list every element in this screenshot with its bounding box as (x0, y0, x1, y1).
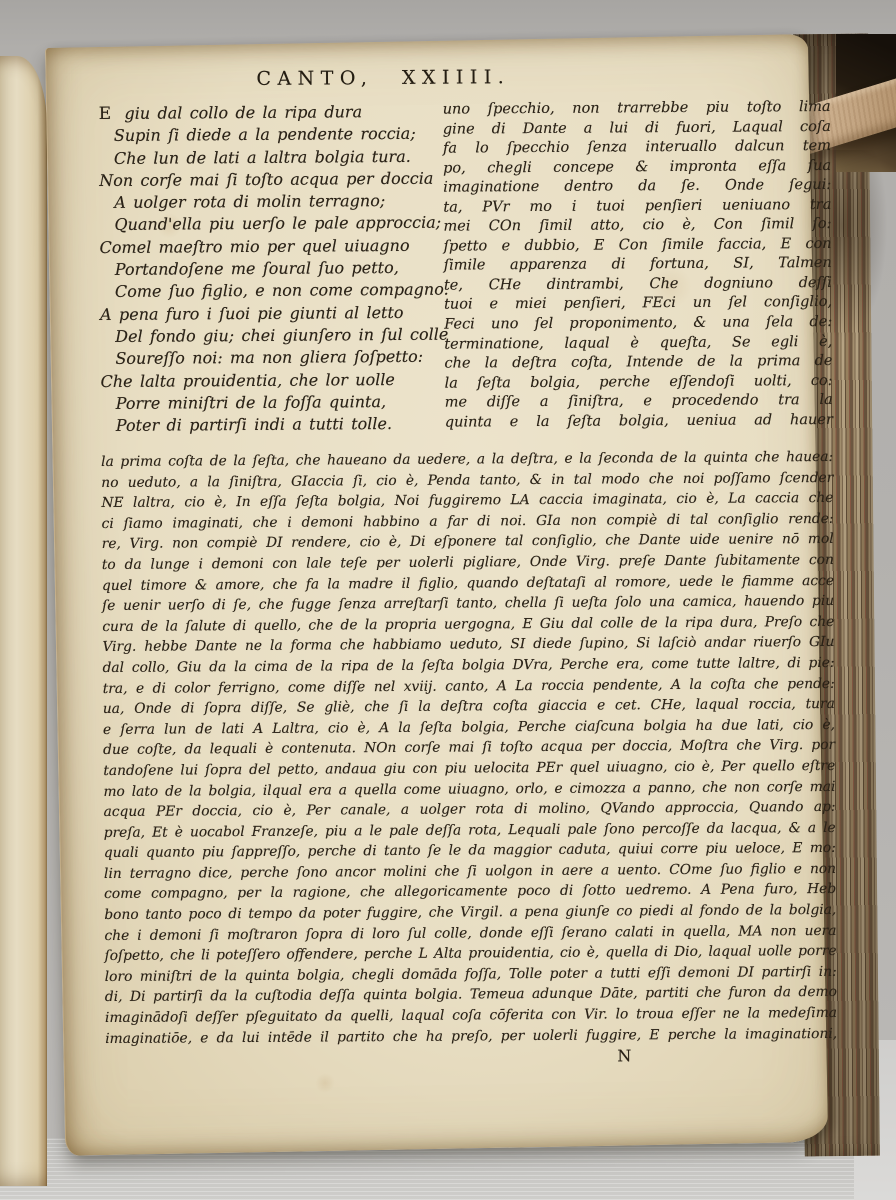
commentary-line: ſpetto e dubbio, E Con ſimile faccia, E … (444, 235, 832, 257)
verse-line: Del fondo giu; chei giunſero in ſul coll… (100, 324, 440, 349)
verse-line: Porre miniſtri de la foſſa quinta, (101, 391, 441, 416)
verse-line: A pena furo i ſuoi pie giunti al letto (100, 301, 440, 326)
commentary-line: ta, PVr mo i tuoi penſieri ueniuano tra (443, 196, 831, 218)
verse-line: Non corſe mai ſi toſto acqua per doccia (99, 168, 439, 193)
commentary-line: la ſeſta bolgia, perche eſſendoſi uolti,… (445, 372, 833, 394)
verse-line: Che lun de lati a laltra bolgia tura. (99, 145, 439, 170)
two-column-area: E giu dal collo de la ripa duraSupin ſi … (99, 98, 833, 443)
commentary-full-width: la prima coſta de la ſeſta, che haueano … (101, 447, 837, 1049)
commentary-line: gine di Dante a lui di fuori, Laqual coſ… (443, 117, 831, 139)
signature-mark: N (105, 1045, 837, 1069)
verse-line: Comel maeſtro mio per quel uiuagno (100, 234, 440, 259)
commentary-line: ſimile apparenza di fortuna, SI, Talmen (444, 254, 832, 276)
book-photograph: CANTO, XXIIII. E giu dal collo de la rip… (0, 0, 896, 1200)
printed-text-block: CANTO, XXIIII. E giu dal collo de la rip… (98, 64, 837, 1069)
commentary-line: te, CHe dintrambi, Che dogniuno deſſi (444, 274, 832, 296)
commentary-column: uno ſpecchio, non trarrebbe piu toſto li… (443, 98, 833, 441)
verse-line: A uolger rota di molin terragno; (99, 190, 439, 215)
commentary-line: che la deſtra coſta, Intende de la prima… (444, 352, 832, 374)
verse-column: E giu dal collo de la ripa duraSupin ſi … (99, 101, 441, 443)
commentary-line: quinta e la ſeſta bolgia, ueniua ad haue… (445, 411, 833, 433)
verse-line: Soureſſo noi: ma non gliera ſoſpetto: (100, 346, 440, 371)
verse-line: E giu dal collo de la ripa dura (99, 101, 439, 126)
commentary-line: uno ſpecchio, non trarrebbe piu toſto li… (443, 98, 831, 120)
verse-line: Portandoſene me ſoural ſuo petto, (100, 257, 440, 282)
commentary-line: terminatione, laqual è queſta, Se egli è… (444, 332, 832, 354)
verse-line: Come ſuo figlio, e non come compagno. (100, 279, 440, 304)
verse-line: Che lalta prouidentia, che lor uolle (100, 368, 440, 393)
verse-line: Poter di partirſi indi a tutti tolle. (101, 413, 441, 438)
commentary-line: po, chegli concepe & impronta eſſa ſua (443, 157, 831, 179)
running-title: CANTO, XXIIII. (98, 64, 830, 103)
verse-line: Quand'ella piu uerſo le pale approccia; (99, 212, 439, 237)
commentary-line: imaginatione dentro da ſe. Onde ſegui: (443, 176, 831, 198)
commentary-line: Feci uno ſel proponimento, & una ſela de… (444, 313, 832, 335)
commentary-line: mei COn ſimil atto, cio è, Con ſimil ſo: (443, 215, 831, 237)
commentary-line: me diſſe a ſiniſtra, e procedendo tra la (445, 391, 833, 413)
verse-line: Supin ſi diede a la pendente roccia; (99, 123, 439, 148)
commentary-line: fa lo ſpecchio ſenza interuallo dalcun t… (443, 137, 831, 159)
book-page: CANTO, XXIIII. E giu dal collo de la rip… (45, 34, 828, 1156)
facing-page-edge (0, 56, 47, 1186)
commentary-line: tuoi e miei penſieri, FEci un ſel conſig… (444, 293, 832, 315)
